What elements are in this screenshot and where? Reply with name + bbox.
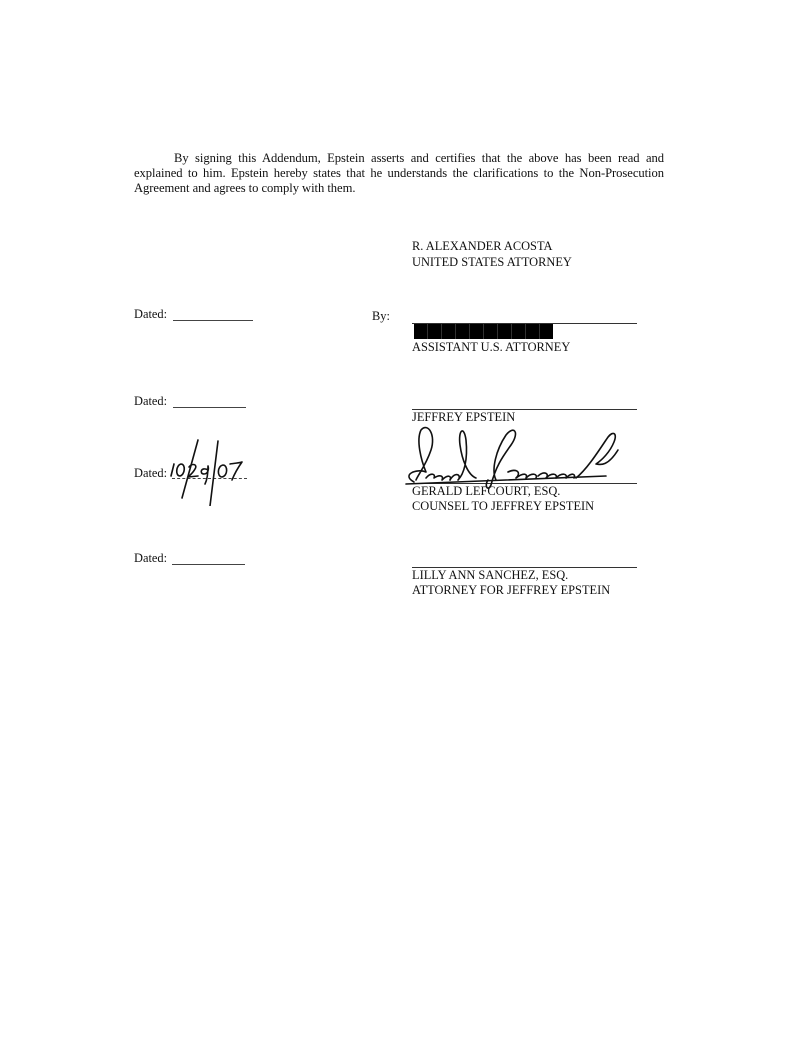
- dated-label-3: Dated:: [134, 466, 167, 481]
- dated-field-3: [172, 478, 247, 479]
- dated-field-4: [172, 564, 245, 565]
- signer-title-1: ASSISTANT U.S. ATTORNEY: [412, 340, 570, 355]
- us-attorney-title: UNITED STATES ATTORNEY: [412, 255, 572, 270]
- signer-name-3: GERALD LEFCOURT, ESQ.: [412, 484, 560, 499]
- certification-text: By signing this Addendum, Epstein assert…: [134, 151, 664, 195]
- by-label: By:: [372, 309, 390, 324]
- us-attorney-name: R. ALEXANDER ACOSTA: [412, 239, 552, 254]
- dated-field-1: [173, 320, 253, 321]
- certification-paragraph: By signing this Addendum, Epstein assert…: [134, 151, 664, 197]
- dated-label-4: Dated:: [134, 551, 167, 566]
- dated-label-2: Dated:: [134, 394, 167, 409]
- signer-name-4: LILLY ANN SANCHEZ, ESQ.: [412, 568, 568, 583]
- handwritten-date: [168, 436, 258, 506]
- dated-field-2: [173, 407, 246, 408]
- signer-title-3: COUNSEL TO JEFFREY EPSTEIN: [412, 499, 594, 514]
- signer-title-4: ATTORNEY FOR JEFFREY EPSTEIN: [412, 583, 610, 598]
- dated-label-1: Dated:: [134, 307, 167, 322]
- redaction-box: [414, 324, 553, 339]
- signer-name-2: JEFFREY EPSTEIN: [412, 410, 515, 425]
- lefcourt-signature: [396, 420, 636, 492]
